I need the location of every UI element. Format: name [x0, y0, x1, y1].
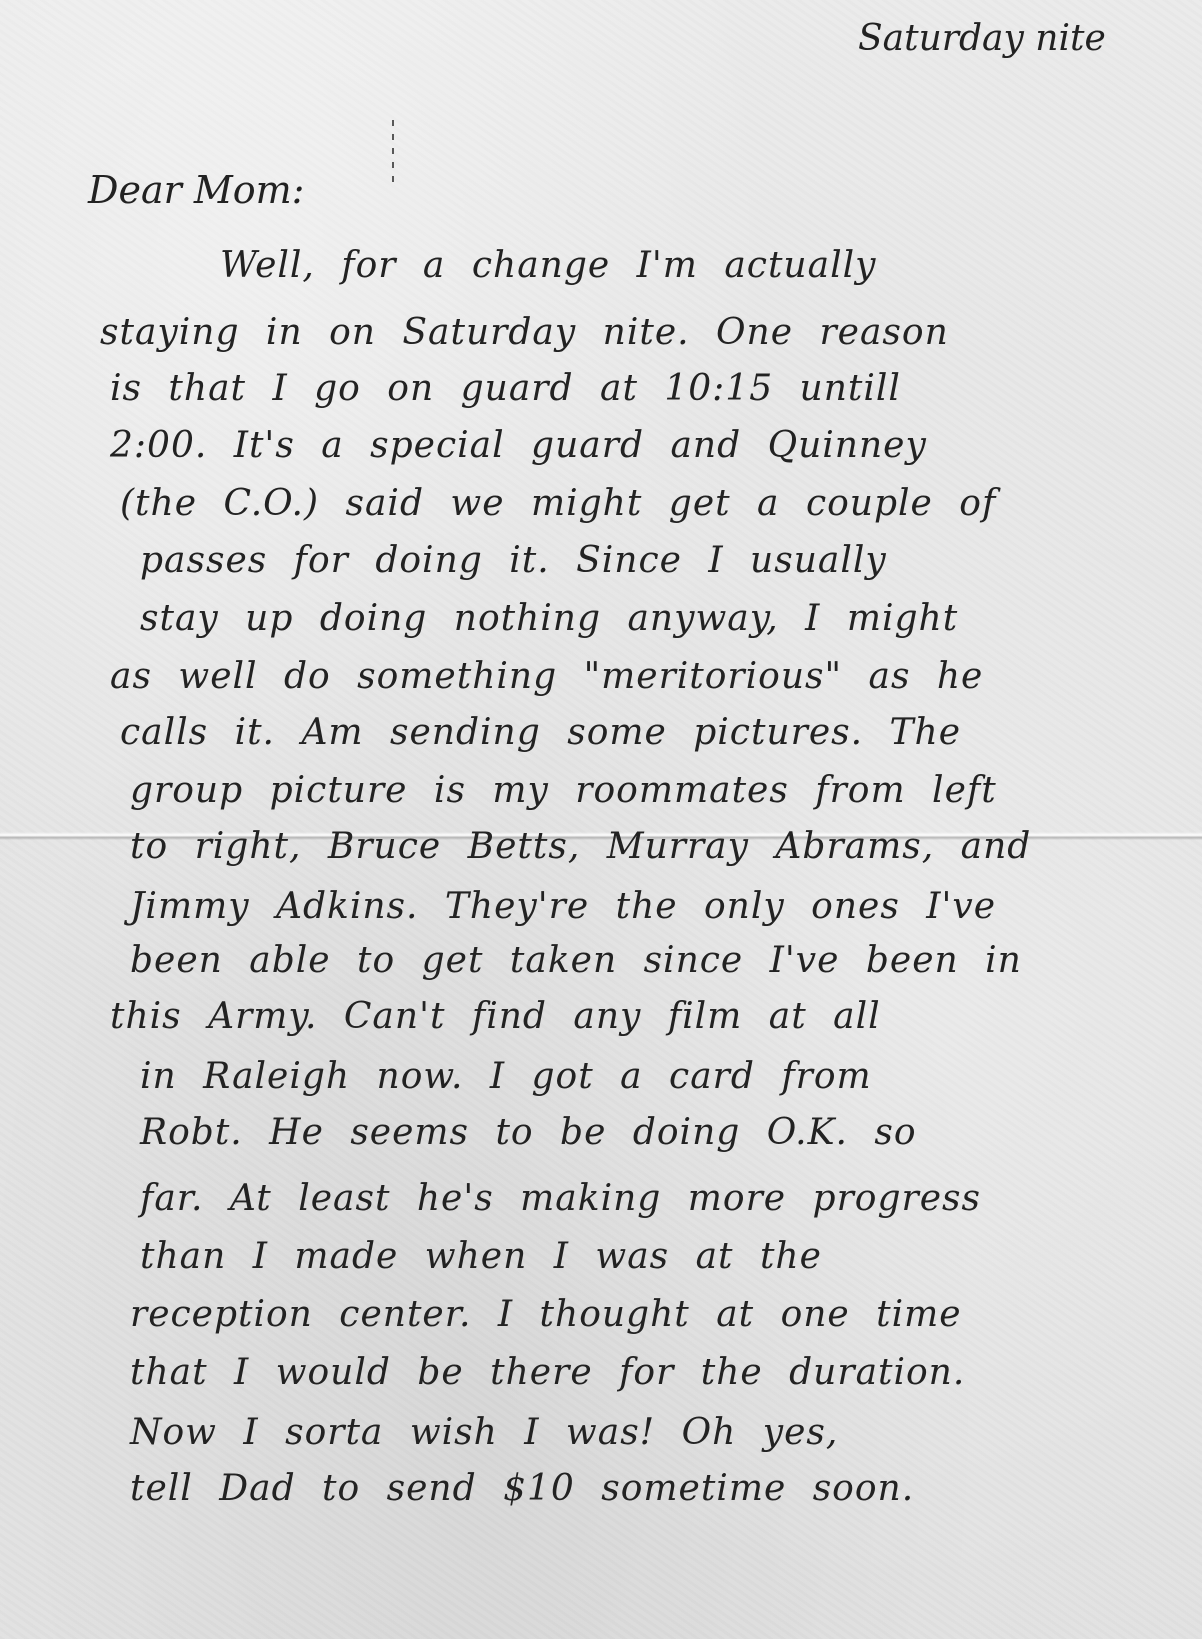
- letter-line: far. At least he's making more progress: [140, 1178, 981, 1219]
- letter-dateline: Saturday nite: [858, 18, 1106, 59]
- letter-line: reception center. I thought at one time: [130, 1294, 962, 1335]
- letter-line: in Raleigh now. I got a card from: [140, 1056, 872, 1097]
- letter-line: that I would be there for the duration.: [130, 1352, 965, 1393]
- letter-line: is that I go on guard at 10:15 untill: [110, 368, 901, 409]
- letter-line: to right, Bruce Betts, Murray Abrams, an…: [130, 826, 1031, 867]
- letter-line: Well, for a change I'm actually: [220, 245, 876, 286]
- letter-line: as well do something "meritorious" as he: [110, 656, 983, 697]
- letter-line: than I made when I was at the: [140, 1236, 822, 1277]
- letter-line: tell Dad to send $10 sometime soon.: [130, 1468, 914, 1509]
- letter-line: staying in on Saturday nite. One reason: [100, 312, 949, 353]
- letter-line: Robt. He seems to be doing O.K. so: [140, 1112, 917, 1153]
- letter-line: (the C.O.) said we might get a couple of: [120, 483, 996, 524]
- letter-line: group picture is my roommates from left: [130, 770, 997, 811]
- letter-line: Jimmy Adkins. They're the only ones I've: [130, 886, 996, 927]
- paper-mark: [392, 120, 394, 182]
- letter-salutation: Dear Mom:: [88, 168, 304, 212]
- letter-line: passes for doing it. Since I usually: [140, 540, 887, 581]
- letter-line: calls it. Am sending some pictures. The: [120, 712, 961, 753]
- letter-line: Now I sorta wish I was! Oh yes,: [130, 1412, 838, 1453]
- letter-line: 2:00. It's a special guard and Quinney: [110, 425, 927, 466]
- letter-line: this Army. Can't find any film at all: [110, 996, 881, 1037]
- letter-line: stay up doing nothing anyway, I might: [140, 598, 958, 639]
- letter-line: been able to get taken since I've been i…: [130, 940, 1022, 981]
